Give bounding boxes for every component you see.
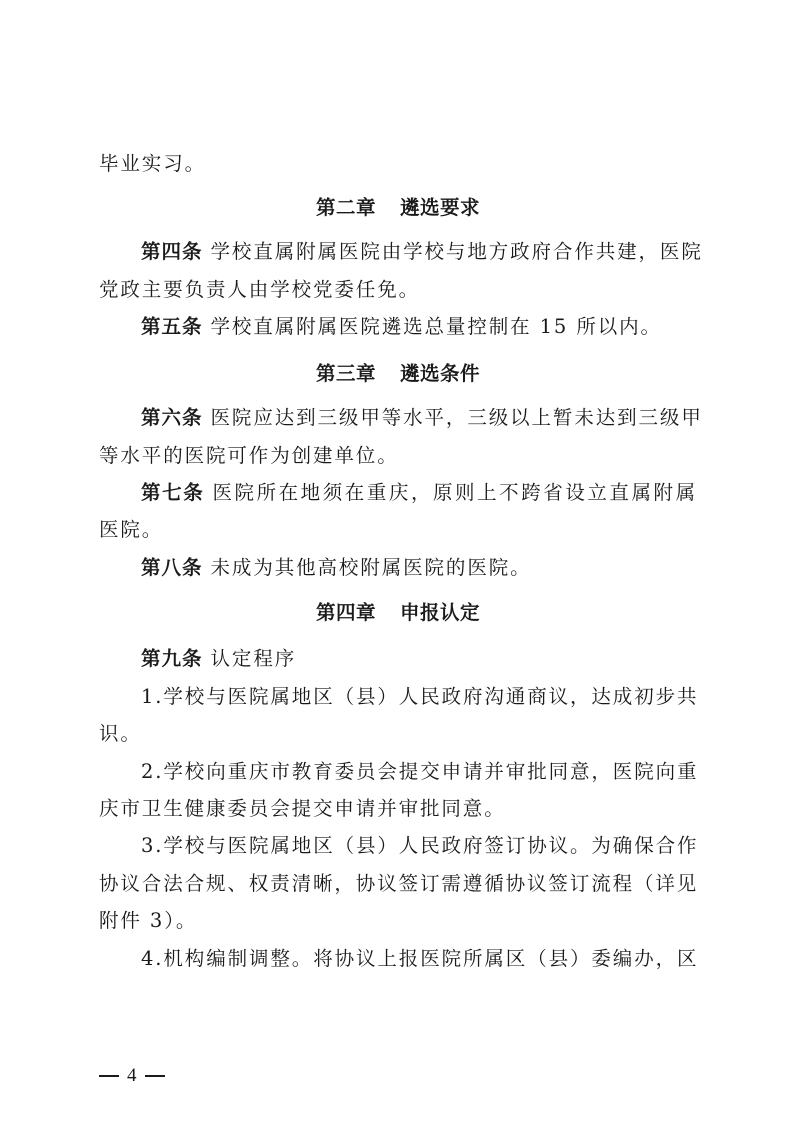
item-3-line-2: 协议合法合规、权责清晰，协议签订需遵循协议签订流程（详见 bbox=[99, 872, 697, 896]
article-text: 医院应达到三级甲等水平，三级以上暂未达到三级甲 bbox=[211, 406, 703, 429]
article-8-line-1: 第八条未成为其他高校附属医院的医院。 bbox=[99, 556, 697, 580]
article-text: 认定程序 bbox=[211, 647, 297, 670]
item-3-line-3: 附件 3）。 bbox=[99, 909, 697, 933]
article-text: 学校直属附属医院遴选总量控制在 15 所以内。 bbox=[211, 315, 662, 338]
article-5-line-1: 第五条学校直属附属医院遴选总量控制在 15 所以内。 bbox=[99, 315, 697, 339]
item-1-line-1: 1.学校与医院属地区（县）人民政府沟通商议，达成初步共 bbox=[99, 685, 697, 709]
article-label: 第五条 bbox=[141, 315, 203, 338]
article-text: 学校直属附属医院由学校与地方政府合作共建，医院 bbox=[211, 240, 703, 263]
article-label: 第四条 bbox=[141, 240, 203, 263]
chapter-number: 第二章 bbox=[316, 196, 376, 219]
article-label: 第八条 bbox=[141, 556, 203, 579]
article-7-line-2: 医院。 bbox=[99, 518, 697, 542]
item-4-line-1: 4.机构编制调整。将协议上报医院所属区（县）委编办，区 bbox=[99, 947, 697, 971]
item-1-line-2: 识。 bbox=[99, 722, 697, 746]
dash-left bbox=[99, 1075, 119, 1077]
dash-right bbox=[145, 1075, 165, 1077]
article-4-line-1: 第四条学校直属附属医院由学校与地方政府合作共建，医院 bbox=[99, 240, 697, 264]
article-text: 医院所在地须在重庆，原则上不跨省设立直属附属 bbox=[212, 481, 697, 504]
article-9-line-1: 第九条认定程序 bbox=[99, 647, 697, 671]
page-number: 4 bbox=[127, 1064, 137, 1088]
item-2-line-1: 2.学校向重庆市教育委员会提交申请并审批同意，医院向重 bbox=[99, 760, 697, 784]
article-label: 第七条 bbox=[141, 481, 204, 504]
chapter-title: 遴选要求 bbox=[400, 196, 480, 219]
page-number-footer: 4 bbox=[99, 1064, 165, 1088]
chapter-number: 第三章 bbox=[316, 362, 376, 385]
article-6-line-2: 等水平的医院可作为创建单位。 bbox=[99, 444, 697, 468]
article-text: 未成为其他高校附属医院的医院。 bbox=[211, 556, 532, 579]
article-label: 第六条 bbox=[141, 406, 203, 429]
chapter-title: 遴选条件 bbox=[400, 362, 480, 385]
chapter-heading-2: 第二章遴选要求 bbox=[99, 196, 697, 220]
continuation-text: 毕业实习。 bbox=[99, 152, 697, 176]
item-3-line-1: 3.学校与医院属地区（县）人民政府签订协议。为确保合作 bbox=[99, 834, 697, 858]
chapter-number: 第四章 bbox=[316, 601, 376, 624]
article-7-line-1: 第七条医院所在地须在重庆，原则上不跨省设立直属附属 bbox=[99, 481, 697, 505]
chapter-heading-4: 第四章申报认定 bbox=[99, 601, 697, 625]
chapter-title: 申报认定 bbox=[400, 601, 480, 624]
article-label: 第九条 bbox=[141, 647, 203, 670]
article-4-line-2: 党政主要负责人由学校党委任免。 bbox=[99, 278, 697, 302]
chapter-heading-3: 第三章遴选条件 bbox=[99, 362, 697, 386]
item-2-line-2: 庆市卫生健康委员会提交申请并审批同意。 bbox=[99, 797, 697, 821]
article-6-line-1: 第六条医院应达到三级甲等水平，三级以上暂未达到三级甲 bbox=[99, 406, 697, 430]
